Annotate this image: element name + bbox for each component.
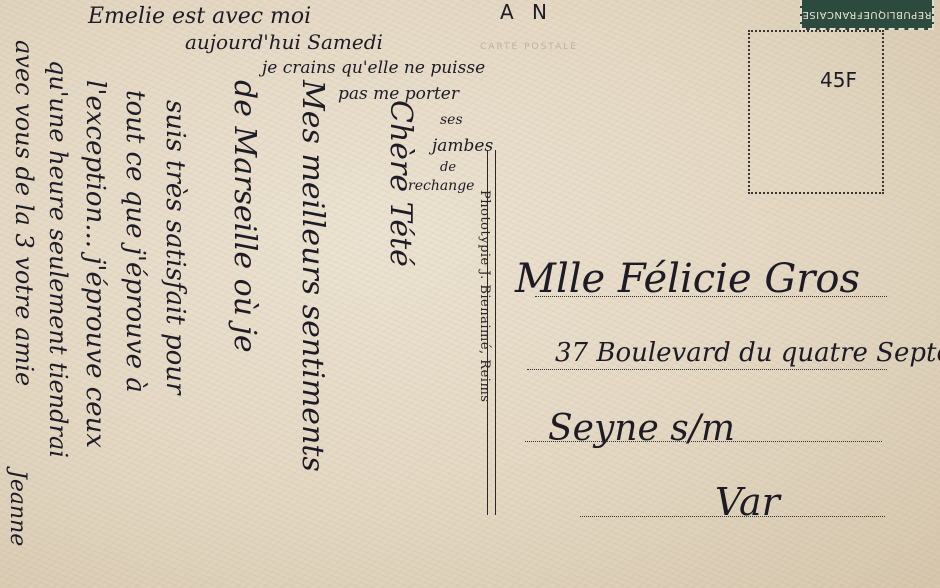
vertical-line-5: tout ce que j'éprouve à (120, 90, 150, 393)
vertical-signature: Jeanne (5, 470, 30, 546)
side-note-3: de (440, 160, 456, 175)
vertical-line-8: avec vous de la 3 votre amie (10, 40, 38, 386)
address-line-1 (535, 296, 887, 297)
address-line-4 (580, 516, 885, 517)
faint-header: CARTE POSTALE (480, 42, 578, 52)
vertical-line-6: l'exception... j'éprouve ceux (80, 80, 110, 448)
vertical-line-4: suis très satisfait pour (160, 100, 190, 394)
message-line-1: Emelie est avec moi (88, 4, 311, 29)
side-note-2: jambes (432, 136, 493, 156)
message-line-3: je crains qu'elle ne puisse (262, 58, 485, 78)
message-line-2: aujourd'hui Samedi (185, 30, 383, 54)
corner-mark: A N (500, 0, 553, 24)
address-line-2 (527, 369, 887, 370)
vertical-line-7: qu'une heure seulement tiendrai (44, 60, 72, 458)
stamp-text-republique: REPUBLIQUE (863, 9, 932, 20)
printer-credit: Phototypie J. Bienaimé, Reims (472, 190, 492, 500)
address-street: 37 Boulevard du quatre Septembre (555, 338, 940, 368)
stamp-text-francaise: FRANCAISE (802, 9, 863, 20)
address-line-3 (525, 441, 882, 442)
address-region: Var (715, 480, 780, 524)
postage-stamp: FRANCAISE REPUBLIQUE (800, 0, 934, 30)
stamp-box: 45F (748, 30, 884, 194)
side-note-1: ses (440, 112, 463, 128)
vertical-line-3: de Marseille où je (227, 80, 262, 353)
vertical-line-1: Chère Tété (383, 100, 418, 267)
address-city: Seyne s/m (548, 408, 735, 449)
stamp-box-note: 45F (820, 68, 857, 92)
vertical-line-2: Mes meilleurs sentiments (295, 80, 330, 472)
